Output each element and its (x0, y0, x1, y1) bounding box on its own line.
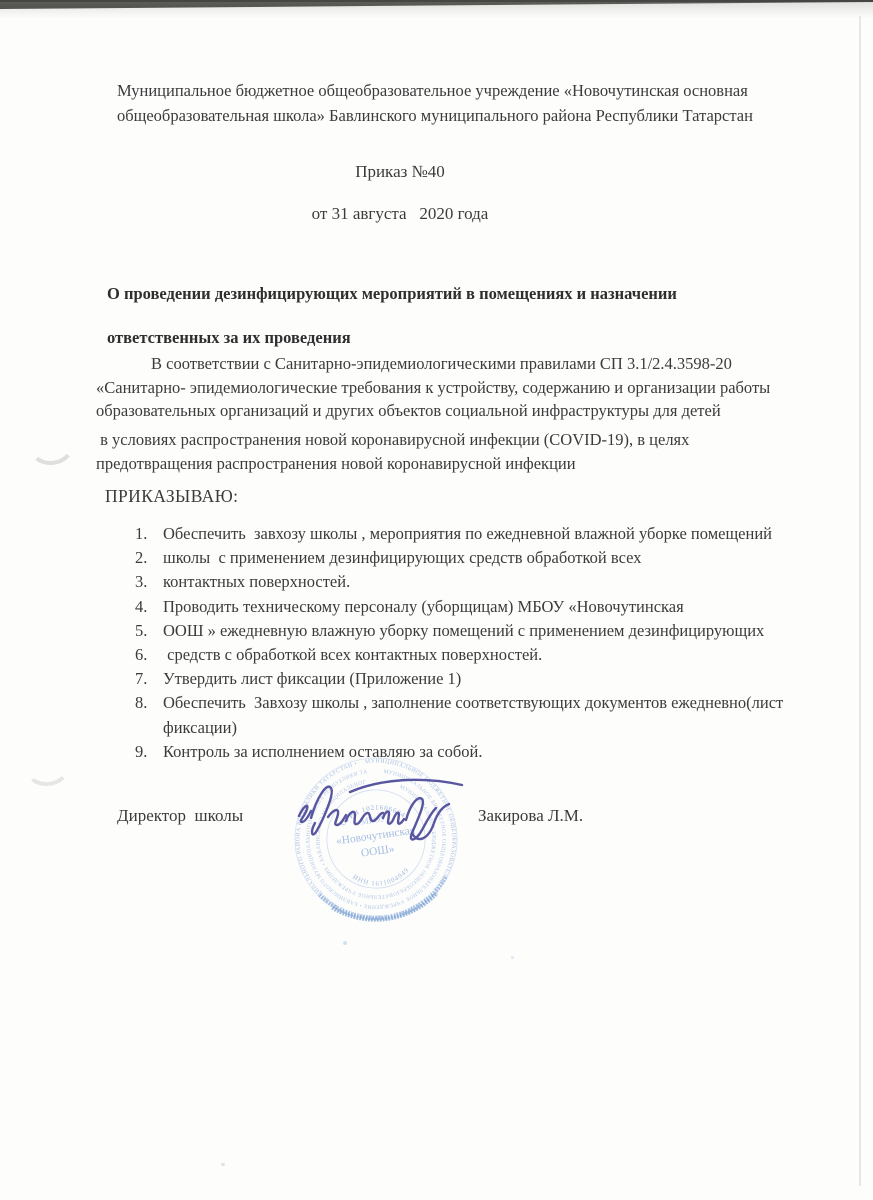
order-item: 3.контактных поверхностей. (135, 570, 825, 594)
document-title: О проведении дезинфицирующих мероприятий… (107, 272, 755, 360)
item-number: 3. (135, 570, 163, 594)
scan-artifact-crescent (23, 746, 72, 787)
ink-speck (511, 956, 514, 959)
order-date: от 31 августа 2020 года (30, 204, 770, 224)
item-text: контактных поверхностей. (163, 570, 825, 594)
item-text: Обеспечить Завхозу школы , заполнение со… (163, 691, 825, 739)
item-text: Утвердить лист фиксации (Приложение 1) (163, 667, 825, 691)
item-text: Обеспечить завхозу школы , мероприятия п… (163, 522, 825, 546)
item-number: 9. (135, 740, 163, 764)
signature-role: Директор школы (117, 806, 243, 826)
item-number: 1. (135, 522, 163, 546)
item-text: ООШ » ежедневную влажную уборку помещени… (163, 619, 825, 643)
directive-heading: ПРИКАЗЫВАЮ: (105, 486, 238, 507)
item-number: 5. (135, 619, 163, 643)
scan-speck (221, 1163, 225, 1166)
item-number: 4. (135, 595, 163, 619)
scan-top-shadow (0, 2, 873, 18)
order-item: 1.Обеспечить завхозу школы , мероприятия… (135, 522, 825, 546)
item-number: 2. (135, 546, 163, 570)
item-text: Контроль за исполнением оставляю за собо… (163, 740, 825, 764)
signature-graphic (292, 768, 470, 863)
paragraph-legal-basis: В соответствии с Санитарно-эпидемиологич… (96, 352, 816, 423)
order-item: 8.Обеспечить Завхозу школы , заполнение … (135, 691, 825, 739)
order-item: 5.ООШ » ежедневную влажную уборку помеще… (135, 619, 825, 643)
signature-name: Закирова Л.М. (478, 806, 583, 826)
organization-header: Муниципальное бюджетное общеобразователь… (117, 78, 765, 128)
scan-right-edge (859, 16, 861, 1186)
item-text: Проводить техническому персоналу (уборщи… (163, 595, 825, 619)
order-item: 7.Утвердить лист фиксации (Приложение 1) (135, 667, 825, 691)
ink-speck (343, 941, 347, 945)
order-item: 2.школы с применением дезинфицирующих ср… (135, 546, 825, 570)
item-number: 6. (135, 643, 163, 667)
order-item: 6. средств с обработкой всех контактных … (135, 643, 825, 667)
item-text: школы с применением дезинфицирующих сред… (163, 546, 825, 570)
order-item: 4.Проводить техническому персоналу (убор… (135, 595, 825, 619)
order-number: Приказ №40 (30, 162, 770, 182)
order-items-list: 1.Обеспечить завхозу школы , мероприятия… (135, 522, 825, 764)
paragraph-covid-purpose: в условиях распространения новой коронав… (96, 428, 776, 475)
scan-artifact-crescent (25, 419, 77, 468)
order-item: 9.Контроль за исполнением оставляю за со… (135, 740, 825, 764)
handwritten-signature (292, 768, 470, 863)
item-number: 8. (135, 691, 163, 715)
item-text: средств с обработкой всех контактных пов… (163, 643, 825, 667)
item-number: 7. (135, 667, 163, 691)
